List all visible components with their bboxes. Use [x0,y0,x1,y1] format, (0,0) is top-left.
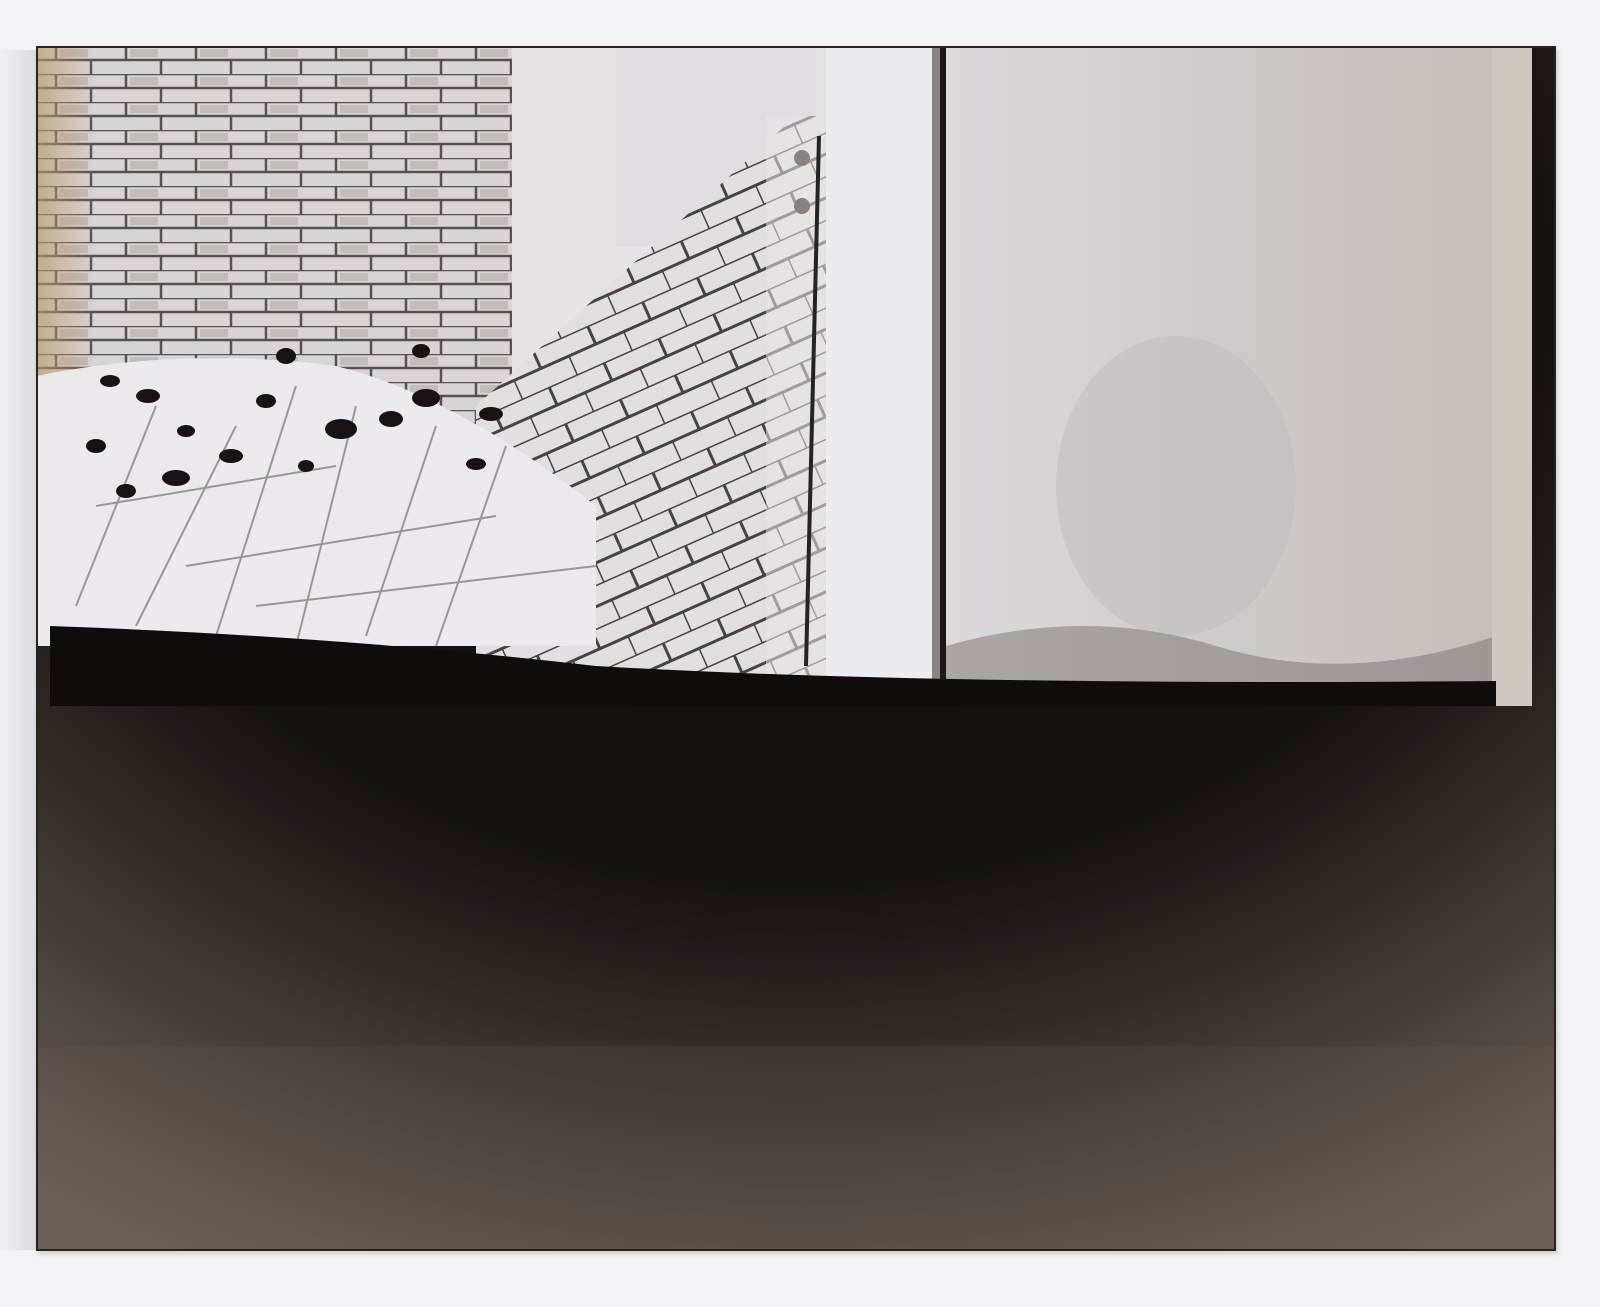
print-shadow [0,50,40,1250]
photo-rendering [36,46,1556,1251]
photo-print: Paper-negative (pinhole) print showing a… [36,46,1556,1251]
white-pillar [826,46,936,686]
